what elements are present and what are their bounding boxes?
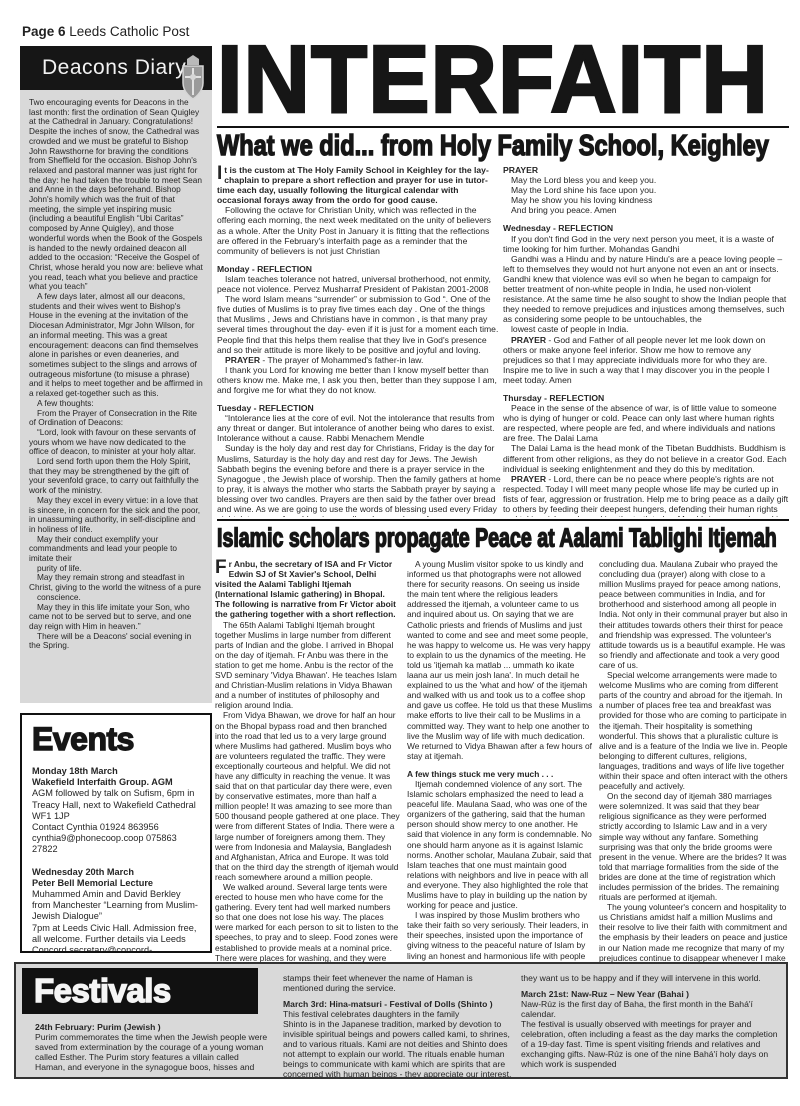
festivals-column-1: 24th February: Purim (Jewish )Purim comm… [35,1022,271,1072]
holy-family-column-1: It is the custom at The Holy Family Scho… [217,165,501,517]
festivals-title: Festivals [22,972,171,1010]
publication-name: Leeds Catholic Post [66,24,190,39]
holy-family-headline: What we did... from Holy Family School, … [217,131,769,163]
events-section: Events Monday 18th March Wakefield Inter… [20,713,212,953]
banner-rule [217,126,789,128]
event-details: Muhammed Amin and David Berkley from Man… [32,889,200,953]
event-name: Wakefield Interfaith Group. AGM [32,777,200,788]
deacons-diary-body: Two encouraging events for Deacons in th… [20,90,212,703]
page: Page 6 Leeds Catholic Post Deacons Diary… [0,0,800,1106]
islamic-article-rule [217,519,789,521]
interfaith-banner: INTERFAITH [217,34,791,126]
event-date: Wednesday 20th March [32,867,200,878]
diocese-crest-icon [177,53,209,105]
festivals-column-3: they want us to be happy and if they wil… [521,973,779,1069]
festivals-section: Festivals 24th February: Purim (Jewish )… [14,962,788,1079]
event-item: Monday 18th March Wakefield Interfaith G… [32,766,200,856]
events-title: Events [32,721,200,758]
festivals-column-2: stamps their feet whenever the name of H… [283,973,515,1079]
deacons-diary-title: Deacons Diary [20,56,186,80]
event-item: Wednesday 20th March Peter Bell Memorial… [32,867,200,953]
islamic-column-1: Fr Anbu, the secretary of ISA and Fr Vic… [215,559,401,983]
event-details: AGM followed by talk on Sufism, 6pm in T… [32,788,200,855]
event-name: Peter Bell Memorial Lecture [32,878,200,889]
deacons-diary-header: Deacons Diary [20,46,212,90]
holy-family-column-2: PRAYERMay the Lord bless you and keep yo… [503,165,789,517]
page-number: Page 6 [22,24,66,39]
page-header: Page 6 Leeds Catholic Post [22,24,189,39]
event-date: Monday 18th March [32,766,200,777]
islamic-column-3: concluding dua. Maulana Zubair who praye… [599,559,788,983]
islamic-headline: Islamic scholars propagate Peace at Aala… [217,524,777,555]
festivals-title-box: Festivals [22,968,258,1014]
islamic-column-2: A young Muslim visitor spoke to us kindl… [407,559,593,981]
deacons-diary-section: Deacons Diary Two encouraging events for… [20,46,212,703]
